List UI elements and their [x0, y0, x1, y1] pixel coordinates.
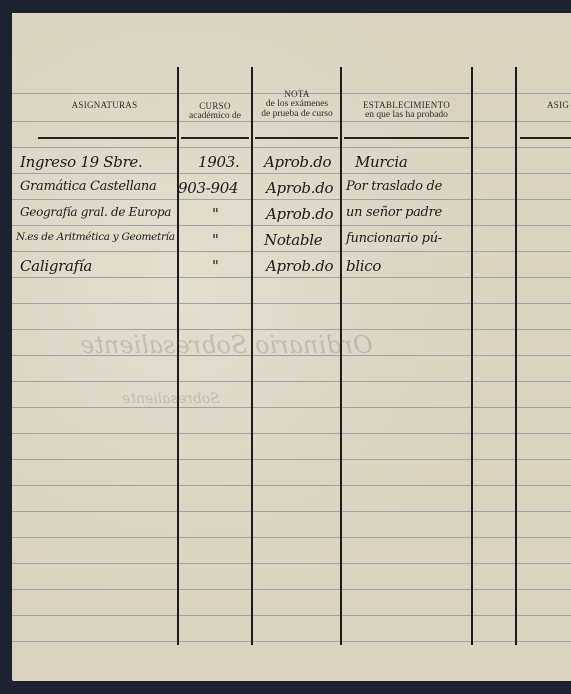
header-curso-title: CURSO — [179, 101, 251, 111]
ruled-line — [12, 537, 571, 538]
ruled-line — [12, 589, 571, 590]
header-rule — [255, 137, 338, 139]
header-nota-sub2: de prueba de curso — [253, 109, 341, 119]
ruled-line — [12, 381, 571, 382]
row-2-asignatura: Gramática Castellana — [20, 179, 156, 194]
ruled-line — [12, 485, 571, 486]
row-4-asignatura: N.es de Aritmética y Geometría — [16, 231, 175, 243]
header-curso: CURSO académico de — [179, 101, 251, 121]
header-nota-title: NOTA — [253, 89, 341, 99]
row-5-nota: Aprob.do — [266, 257, 333, 275]
column-divider — [515, 67, 517, 645]
ruled-line — [12, 277, 571, 278]
row-2-nota: Aprob.do — [266, 179, 333, 197]
ruled-line — [12, 329, 571, 330]
row-3-curso: " — [212, 205, 219, 223]
header-curso-sub: académico de — [189, 111, 241, 121]
bleed-through-text: Ordinario Sobresaliente — [80, 331, 373, 359]
header-establecimiento: ESTABLECIMIENTO en que las ha probado — [342, 100, 471, 120]
row-3-establecimiento: un señor padre — [346, 205, 442, 220]
ruled-line — [12, 303, 571, 304]
header-asignaturas-right: ASIG — [547, 100, 571, 110]
row-1-asignatura: Ingreso 19 Sbre. — [20, 153, 142, 171]
row-1-establecimiento: Murcia — [355, 153, 408, 171]
header-rule — [38, 137, 176, 139]
row-1-curso: 1903. — [198, 153, 239, 171]
document-page: ASIGNATURAS CURSO académico de NOTA de l… — [12, 13, 571, 681]
row-2-establecimiento: Por traslado de — [346, 179, 442, 194]
ruled-line — [12, 433, 571, 434]
ruled-line — [12, 407, 571, 408]
header-asignaturas-right-label: ASIG — [547, 100, 571, 110]
row-2-curso: 903-904 — [178, 179, 238, 197]
ruled-line — [12, 641, 571, 642]
header-nota-sub1: de los exámenes — [253, 99, 341, 109]
bleed-through-text: Sobresaliente — [122, 391, 220, 407]
header-rule — [344, 137, 469, 139]
ruled-line — [12, 615, 571, 616]
ruled-line — [12, 121, 571, 122]
header-establecimiento-title: ESTABLECIMIENTO — [342, 100, 471, 110]
row-5-establecimiento: blico — [346, 257, 381, 275]
ruled-line — [12, 511, 571, 512]
header-asignaturas-label: ASIGNATURAS — [32, 100, 177, 110]
row-5-asignatura: Caligrafía — [20, 257, 92, 275]
row-4-nota: Notable — [264, 231, 322, 249]
row-5-curso: " — [212, 257, 219, 275]
header-asignaturas: ASIGNATURAS — [32, 100, 177, 110]
header-rule — [181, 137, 249, 139]
header-establecimiento-sub: en que las ha probado — [365, 110, 448, 120]
header-nota: NOTA de los exámenes de prueba de curso — [253, 89, 341, 119]
header-rule — [520, 137, 571, 139]
ruled-line — [12, 251, 571, 252]
row-4-curso: " — [212, 231, 219, 249]
ruled-line — [12, 459, 571, 460]
ruled-line — [12, 225, 571, 226]
row-4-establecimiento: funcionario pú- — [346, 231, 442, 246]
ruled-line — [12, 563, 571, 564]
row-3-asignatura: Geografía gral. de Europa — [20, 205, 171, 219]
ruled-line — [12, 147, 571, 148]
ruled-line — [12, 199, 571, 200]
row-1-nota: Aprob.do — [264, 153, 331, 171]
ruled-line — [12, 173, 571, 174]
column-divider — [471, 67, 473, 645]
row-3-nota: Aprob.do — [266, 205, 333, 223]
